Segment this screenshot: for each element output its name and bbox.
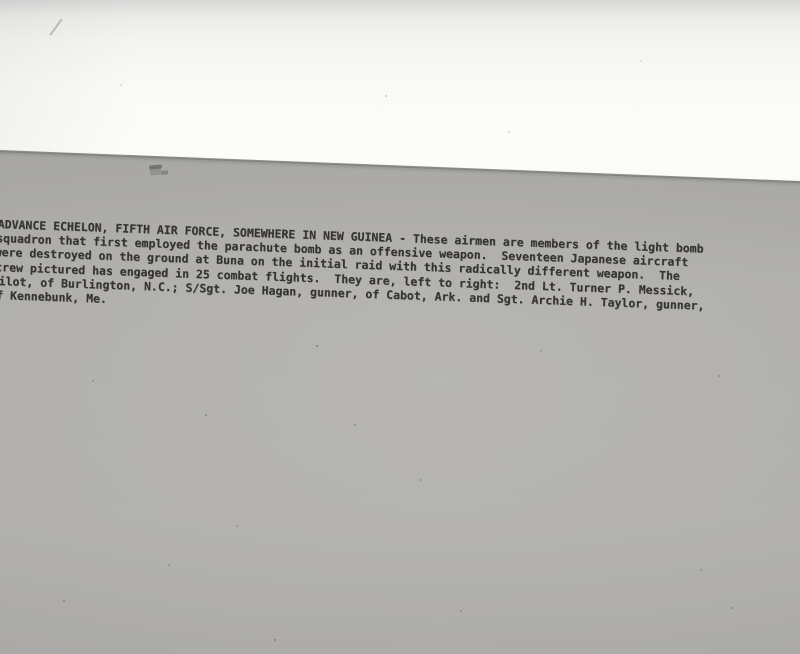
scratch-mark (49, 18, 62, 35)
ink-smudge (147, 163, 165, 177)
caption-text-block: ADVANCE ECHELON, FIFTH AIR FORCE, SOMEWH… (0, 217, 800, 333)
dust-specks (0, 0, 2, 2)
scanned-photo-caption-page: ADVANCE ECHELON, FIFTH AIR FORCE, SOMEWH… (0, 0, 800, 654)
